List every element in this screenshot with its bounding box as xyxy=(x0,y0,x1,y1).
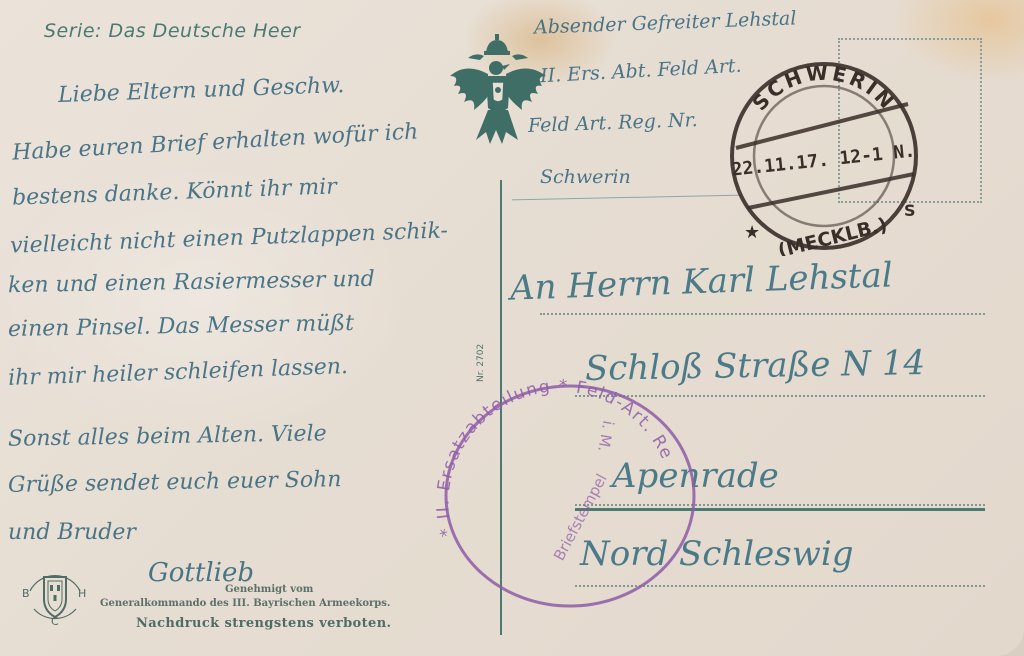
svg-text:SCHWERIN: SCHWERIN xyxy=(747,60,900,115)
approval-line-1: Genehmigt vom xyxy=(225,584,313,595)
postmark-stamp: SCHWERIN 22.11.17. 12-1 N. (MECKLB.) S ★ xyxy=(718,56,930,256)
reprint-notice: Nachdruck strengstens verboten. xyxy=(136,616,391,631)
message-line: ihr mir heiler schleifen lassen. xyxy=(8,354,349,391)
logo-letter: B xyxy=(22,587,30,600)
message-line: ken und einen Rasiermesser und xyxy=(8,267,375,298)
logo-letter: H xyxy=(78,587,86,600)
series-title: Serie: Das Deutsche Heer xyxy=(44,20,301,42)
svg-text:* II. Ersatzabteilung * Feld-A: * II. Ersatzabteilung * Feld-Art. Regt. … xyxy=(432,378,677,539)
censor-side-text: i. M. xyxy=(594,419,617,453)
message-line: Grüße sendet euch euer Sohn xyxy=(8,467,342,498)
sender-line: Feld Art. Reg. Nr. xyxy=(528,109,698,137)
message-line: bestens danke. Könnt ihr mir xyxy=(12,174,337,210)
approval-line-2: Generalkommando des III. Bayrischen Arme… xyxy=(100,598,390,609)
message-line: Habe euren Brief erhalten wofür ich xyxy=(12,119,419,165)
message-line: Sonst alles beim Alten. Viele xyxy=(8,421,327,452)
postmark-region: (MECKLB.) xyxy=(776,214,890,256)
sender-line: Absender Gefreiter Lehstal xyxy=(534,7,797,38)
postmark-town: SCHWERIN xyxy=(747,60,900,115)
postcard-back: Serie: Das Deutsche Heer Nr. 2702 Absend… xyxy=(0,0,1024,656)
sender-underline xyxy=(512,195,742,201)
censor-inner-text: Briefstempel xyxy=(550,471,611,564)
censor-stamp: * II. Ersatzabteilung * Feld-Art. Regt. … xyxy=(432,378,702,618)
card-number: Nr. 2702 xyxy=(476,344,486,382)
postmark-date: 22.11.17. 12-1 N. xyxy=(731,140,916,180)
message-line: einen Pinsel. Das Messer müßt xyxy=(8,311,354,342)
censor-outer-text: * II. Ersatzabteilung * Feld-Art. Regt. … xyxy=(432,378,677,539)
postmark-suffix: S xyxy=(904,201,916,220)
sender-line: Schwerin xyxy=(540,166,631,188)
logo-letter: C xyxy=(51,615,59,628)
address-line xyxy=(540,313,985,315)
sender-line: II. Ers. Abt. Feld Art. xyxy=(540,55,743,88)
message-line: Liebe Eltern und Geschw. xyxy=(58,73,345,108)
message-line: und Bruder xyxy=(8,520,136,545)
svg-text:★: ★ xyxy=(744,222,760,243)
message-line: vielleicht nicht einen Putzlappen schik- xyxy=(10,218,449,258)
publisher-logo: B H C xyxy=(20,565,90,629)
recipient-line: An Herrn Karl Lehstal xyxy=(509,255,893,308)
